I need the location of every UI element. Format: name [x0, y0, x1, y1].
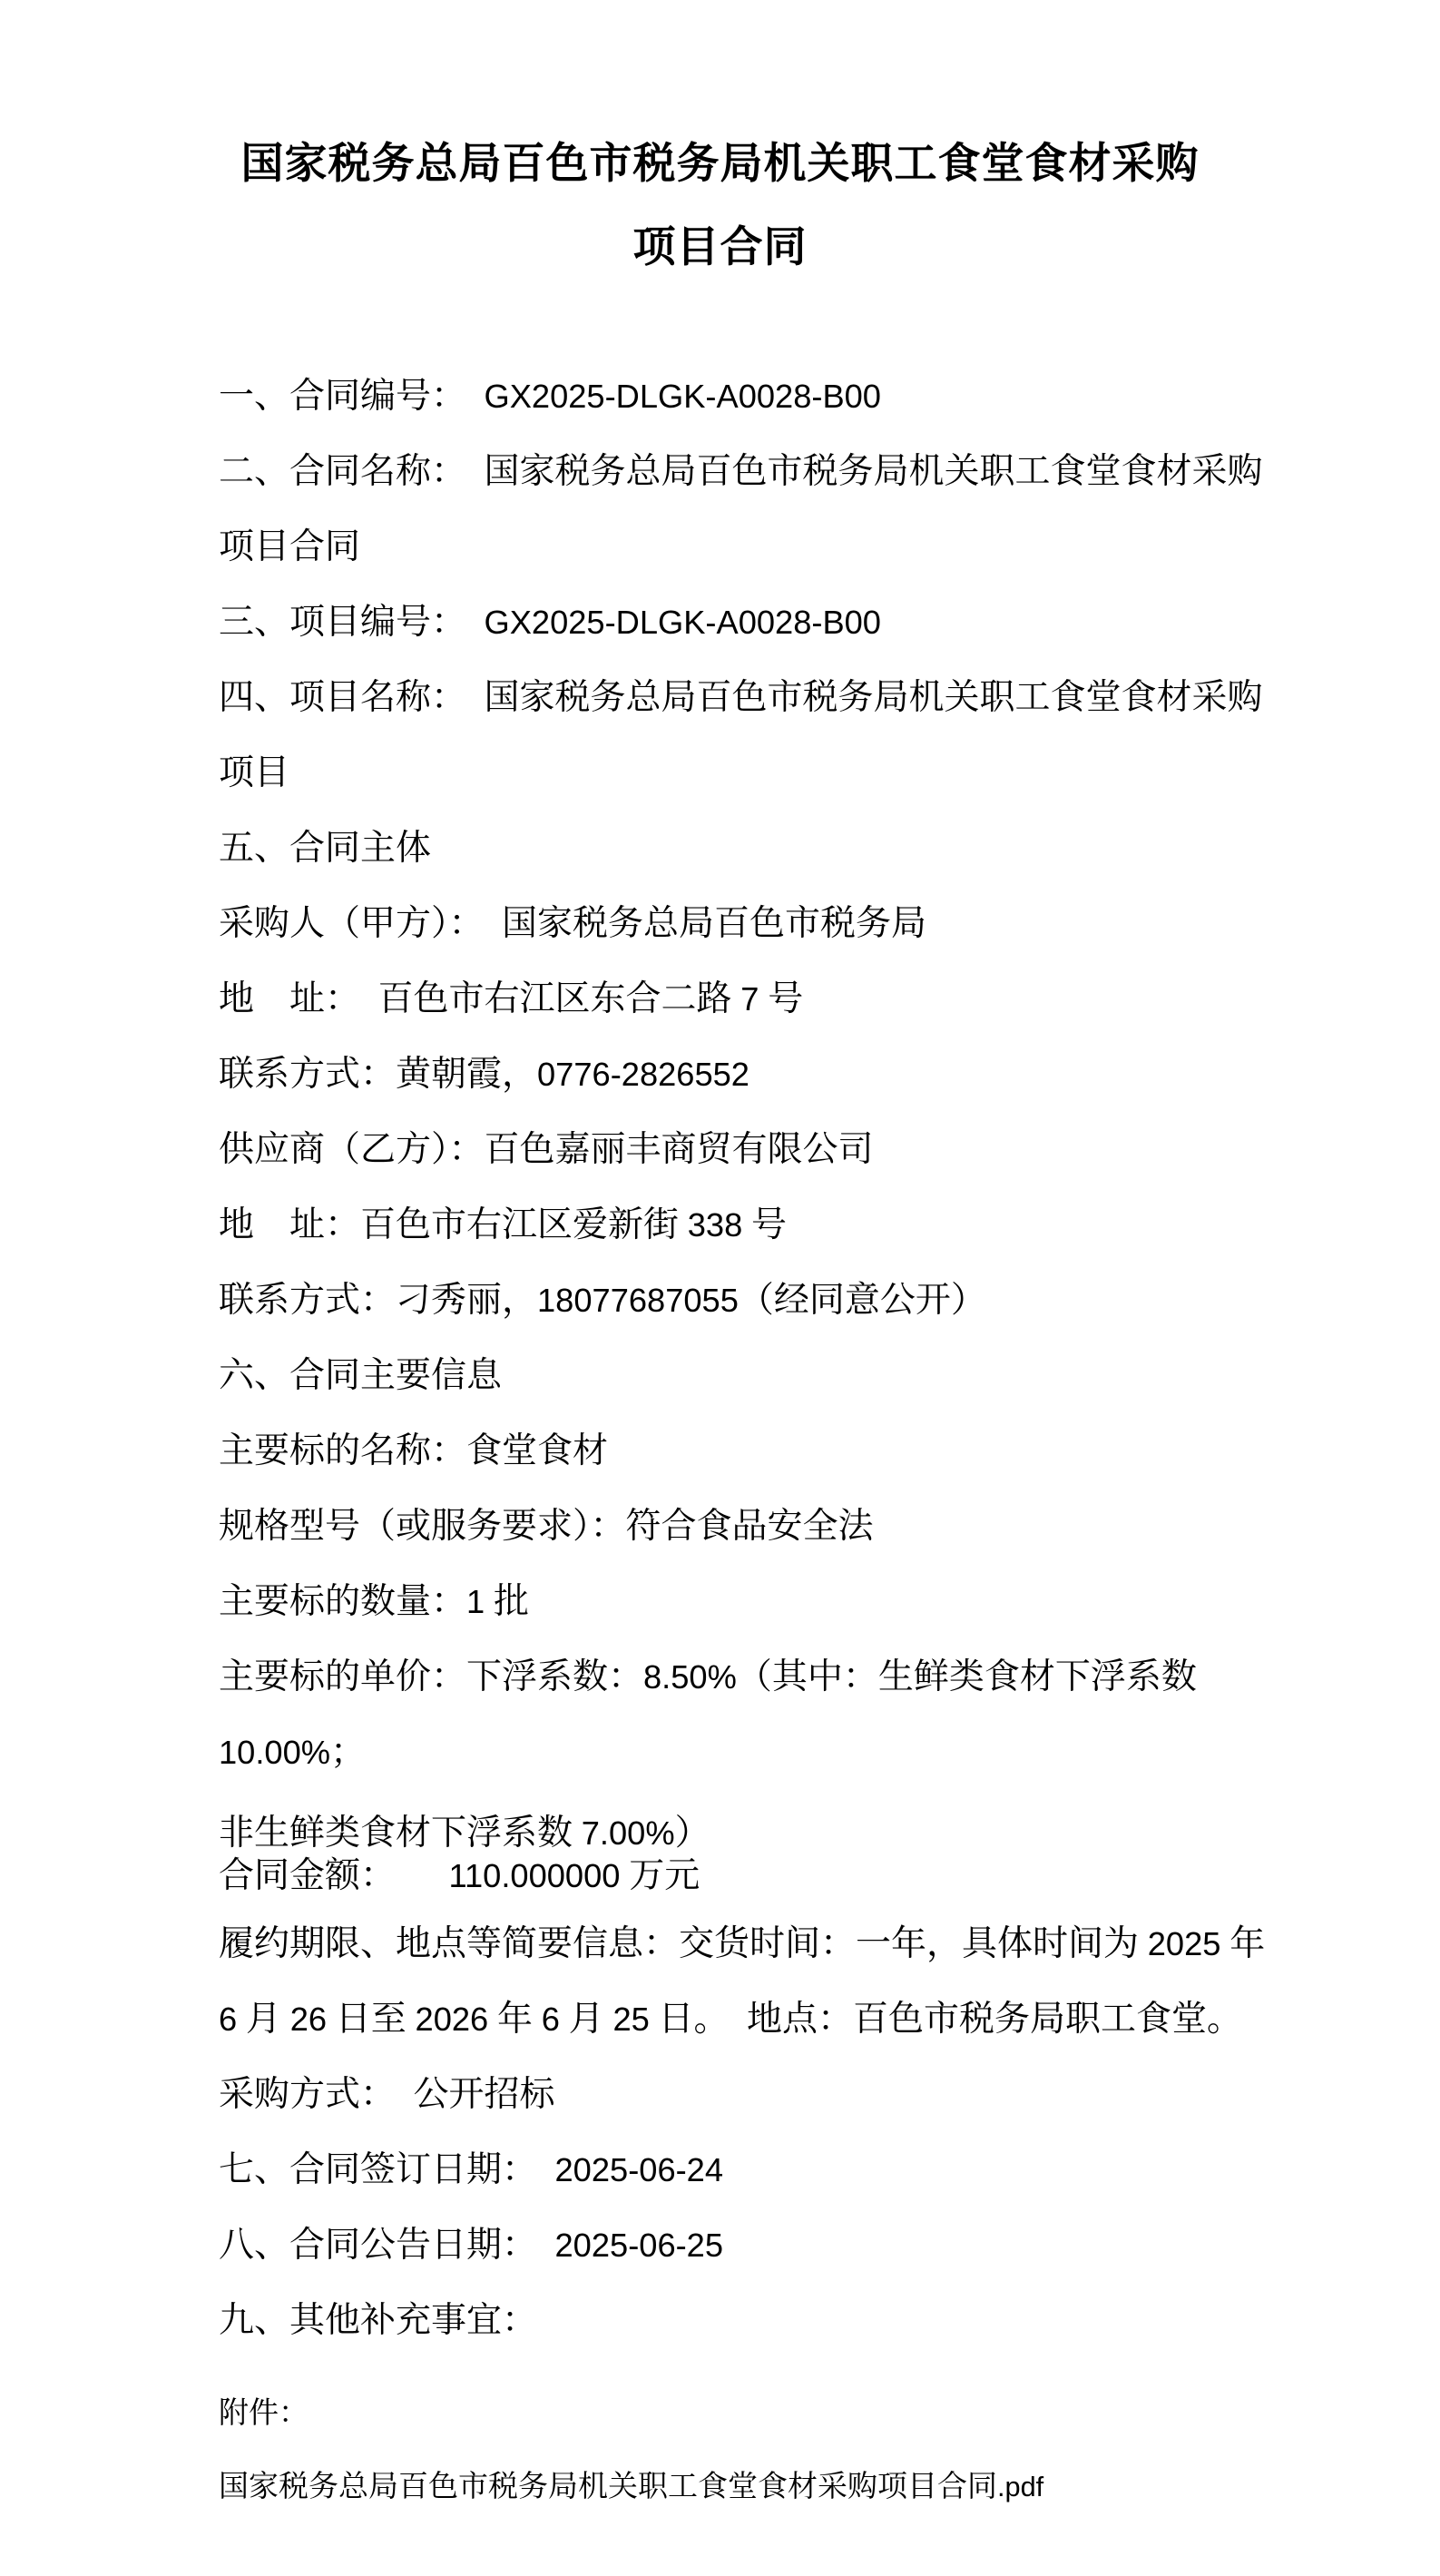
label-text: 合同金额： [219, 1856, 449, 1895]
value-text: 10.00% [219, 1734, 330, 1771]
document-body: 一、合同编号： GX2025-DLGK-A0028-B00二、合同名称： 国家税… [0, 359, 1440, 2358]
label-text: 联系方式：黄朝霞， [219, 1055, 537, 1094]
buyer-address-line: 地 址： 百色市右江区东合二路 7 号 [219, 961, 1331, 1037]
label-text: 八、合同公告日期： [219, 2226, 555, 2265]
value-text: 1 [466, 1583, 485, 1620]
document-title-line1: 国家税务总局百色市税务局机关职工食堂食材采购 [241, 141, 1200, 188]
label-text: 年 [1220, 1924, 1265, 1963]
attachment-file-link[interactable]: 国家税务总局百色市税务局机关职工食堂食材采购项目合同.pdf [219, 2460, 1331, 2514]
label-text: 采购人（甲方）： 国家税务总局百色市税务局 [219, 904, 926, 943]
label-text: 六、合同主要信息 [219, 1356, 502, 1395]
unit-price-line: 主要标的单价：下浮系数：8.50%（其中：生鲜类食材下浮系数 10.00%； [219, 1639, 1331, 1790]
label-text: 七、合同签订日期： [219, 2150, 555, 2189]
attachment-section: 附件： 国家税务总局百色市税务局机关职工食堂食材采购项目合同.pdf [0, 2386, 1440, 2514]
label-text: 月 [237, 2000, 290, 2039]
value-text: 338 [688, 1206, 743, 1244]
value-text: 6 [542, 2001, 560, 2038]
document-title: 国家税务总局百色市税务局机关职工食堂食材采购 项目合同 [0, 123, 1440, 290]
label-text: 九、其他补充事宜： [219, 2301, 537, 2340]
label-text: 万元 [620, 1856, 700, 1895]
performance-wrap-line: 6 月 26 日至 2026 年 6 月 25 日。 地点：百色市税务局职工食堂… [219, 1981, 1331, 2057]
label-text: 主要标的单价：下浮系数： [219, 1657, 643, 1696]
value-text: GX2025-DLGK-A0028-B00 [485, 604, 881, 641]
value-text: 2025 [1148, 1925, 1221, 1962]
document-page: 国家税务总局百色市税务局机关职工食堂食材采购 项目合同 一、合同编号： GX20… [0, 0, 1440, 2576]
value-text: .pdf [997, 2471, 1043, 2502]
supplier-line: 供应商（乙方）：百色嘉丽丰商贸有限公司 [219, 1112, 1331, 1187]
contract-number-line: 一、合同编号： GX2025-DLGK-A0028-B00 [219, 359, 1331, 434]
contract-name-line: 二、合同名称： 国家税务总局百色市税务局机关职工食堂食材采购 [219, 434, 1331, 509]
project-number-line: 三、项目编号： GX2025-DLGK-A0028-B00 [219, 585, 1331, 660]
label-text: 四、项目名称： 国家税务总局百色市税务局机关职工食堂食材采购 [219, 678, 1263, 717]
attachment-label: 附件： [219, 2386, 1331, 2441]
supplier-address-line: 地 址：百色市右江区爱新街 338 号 [219, 1187, 1331, 1263]
project-name-wrap-line: 项目 [219, 735, 1331, 811]
label-text: 项目合同 [219, 527, 360, 566]
supplier-contact-line: 联系方式：刁秀丽，18077687055（经同意公开） [219, 1263, 1331, 1338]
spec-line: 规格型号（或服务要求）：符合食品安全法 [219, 1489, 1331, 1564]
label-text: 批 [485, 1582, 529, 1621]
quantity-line: 主要标的数量：1 批 [219, 1564, 1331, 1639]
performance-line: 履约期限、地点等简要信息：交货时间：一年，具体时间为 2025 年 [219, 1906, 1331, 1981]
project-name-line: 四、项目名称： 国家税务总局百色市税务局机关职工食堂食材采购 [219, 660, 1331, 735]
procurement-method-line: 采购方式： 公开招标 [219, 2057, 1331, 2132]
value-text: 2025-06-25 [555, 2227, 724, 2264]
label-text: 地 址：百色市右江区爱新街 [219, 1205, 688, 1244]
label-text: 号 [759, 979, 803, 1018]
value-text: 26 [290, 2001, 327, 2038]
label-text: 二、合同名称： 国家税务总局百色市税务局机关职工食堂食材采购 [219, 452, 1263, 491]
buyer-contact-line: 联系方式：黄朝霞，0776-2826552 [219, 1037, 1331, 1112]
label-text: 规格型号（或服务要求）：符合食品安全法 [219, 1507, 874, 1546]
label-text: 项目 [219, 753, 289, 792]
document-title-line2: 项目合同 [633, 224, 808, 271]
label-text: 联系方式：刁秀丽， [219, 1281, 537, 1320]
label-text: （经同意公开） [739, 1281, 986, 1320]
contract-parties-heading: 五、合同主体 [219, 811, 1331, 886]
value-text: 25 [612, 2001, 649, 2038]
label-text: ； [330, 1733, 366, 1772]
label-text: 号 [742, 1205, 787, 1244]
contract-info-heading: 六、合同主要信息 [219, 1338, 1331, 1413]
label-text: 年 [488, 2000, 542, 2039]
label-text: 主要标的名称：食堂食材 [219, 1431, 608, 1470]
value-text: 110.000000 [449, 1857, 621, 1894]
buyer-line: 采购人（甲方）： 国家税务总局百色市税务局 [219, 886, 1331, 961]
label-text: 主要标的数量： [219, 1582, 466, 1621]
label-text: 一、合同编号： [219, 377, 485, 416]
value-text: 2025-06-24 [555, 2151, 724, 2188]
subject-name-line: 主要标的名称：食堂食材 [219, 1413, 1331, 1489]
value-text: 0776-2826552 [537, 1056, 749, 1093]
label-text: 日至 [327, 2000, 416, 2039]
value-text: 7.00% [582, 1814, 675, 1852]
label-text: 地 址： 百色市右江区东合二路 [219, 979, 740, 1018]
label-text: ） [675, 1814, 710, 1853]
label-text: 非生鲜类食材下浮系数 [219, 1814, 582, 1853]
label-text: 月 [560, 2000, 613, 2039]
other-matters-line: 九、其他补充事宜： [219, 2283, 1331, 2358]
label-text: 采购方式： 公开招标 [219, 2075, 555, 2114]
label-text: 国家税务总局百色市税务局机关职工食堂食材采购项目合同 [219, 2471, 997, 2503]
label-text: 三、项目编号： [219, 603, 485, 642]
value-text: GX2025-DLGK-A0028-B00 [485, 378, 881, 415]
label-text: 履约期限、地点等简要信息：交货时间：一年，具体时间为 [219, 1924, 1148, 1963]
label-text: 五、合同主体 [219, 829, 431, 868]
value-text: 6 [219, 2001, 237, 2038]
sign-date-line: 七、合同签订日期： 2025-06-24 [219, 2132, 1331, 2207]
label-text: 供应商（乙方）：百色嘉丽丰商贸有限公司 [219, 1130, 874, 1169]
unit-price-wrap-line: 非生鲜类食材下浮系数 7.00%） [219, 1812, 1331, 1854]
value-text: 7 [740, 980, 759, 1018]
label-text: （其中：生鲜类食材下浮系数 [737, 1657, 1206, 1696]
contract-name-wrap-line: 项目合同 [219, 509, 1331, 585]
announce-date-line: 八、合同公告日期： 2025-06-25 [219, 2207, 1331, 2283]
label-text: 日。 地点：百色市税务局职工食堂。 [650, 2000, 1242, 2039]
value-text: 2026 [416, 2001, 489, 2038]
value-text: 18077687055 [537, 1282, 739, 1319]
value-text: 8.50% [643, 1658, 737, 1696]
contract-amount-line: 合同金额： 110.000000 万元 [219, 1854, 1331, 1897]
